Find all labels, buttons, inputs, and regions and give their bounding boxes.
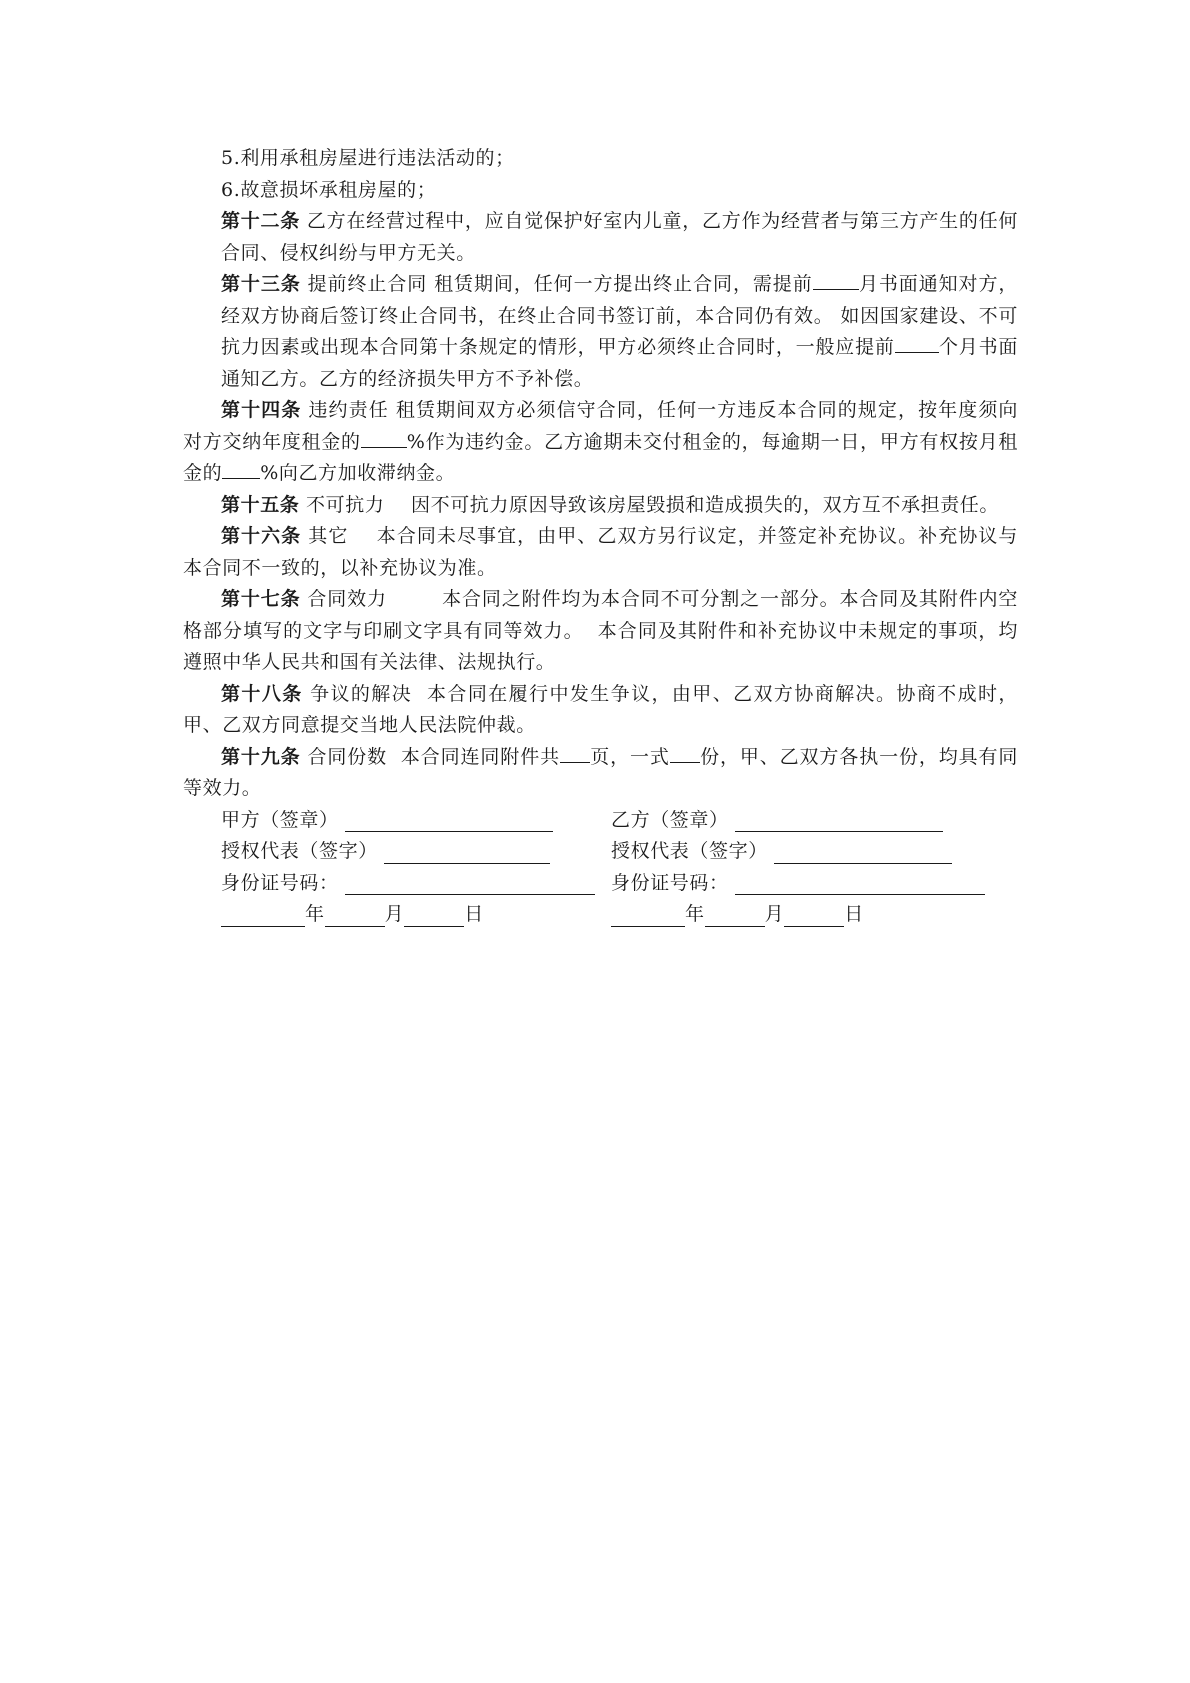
article-text: 乙方在经营过程中，应自觉保护好室内儿童，乙方作为经营者与第三方产生的任何合同、侵… — [221, 210, 1018, 264]
party-a-auth-rep: 授权代表（签字） — [221, 836, 611, 868]
article-title: 第十八条 — [221, 683, 303, 705]
party-b-auth-rep-line[interactable] — [774, 863, 952, 864]
article-title: 第十九条 — [221, 746, 301, 768]
seal-row: 甲方（签章） 乙方（签章） — [183, 805, 1018, 837]
signature-block: 甲方（签章） 乙方（签章） 授权代表（签字） 授权代表（签字） — [183, 805, 1018, 931]
notice-months-blank[interactable] — [813, 271, 859, 290]
article-title: 第十四条 — [221, 399, 301, 421]
article-title: 第十二条 — [221, 210, 300, 232]
party-b-seal-line[interactable] — [735, 831, 943, 832]
party-b-auth-rep: 授权代表（签字） — [611, 836, 1001, 868]
article-14: 第十四条 违约责任 租赁期间双方必须信守合同，任何一方违反本合同的规定，按年度须… — [183, 395, 1018, 490]
article-15: 第十五条 不可抗力 因不可抗力原因导致该房屋毁损和造成损失的，双方互不承担责任。 — [183, 490, 1018, 522]
article-title: 第十五条 — [221, 494, 299, 516]
party-b-id-number-line[interactable] — [735, 894, 985, 895]
late-fee-percent-blank[interactable] — [222, 460, 260, 479]
party-b-date: 年 月 日 — [611, 899, 1001, 931]
article-title: 第十六条 — [221, 525, 301, 547]
article-title: 第十三条 — [221, 273, 301, 295]
party-a-seal: 甲方（签章） — [221, 805, 611, 837]
article-13: 第十三条 提前终止合同 租赁期间，任何一方提出终止合同，需提前月书面通知对方，经… — [183, 269, 1018, 395]
copy-count-blank[interactable] — [670, 744, 700, 763]
article-12: 第十二条 乙方在经营过程中，应自觉保护好室内儿童，乙方作为经营者与第三方产生的任… — [183, 206, 1018, 269]
id-number-row: 身份证号码： 身份证号码： — [183, 868, 1018, 900]
party-b-month-blank[interactable] — [705, 926, 765, 927]
party-a-day-blank[interactable] — [404, 926, 464, 927]
article-16: 第十六条 其它 本合同未尽事宜，由甲、乙双方另行议定，并签定补充协议。补充协议与… — [183, 521, 1018, 584]
list-item-5: 5.利用承租房屋进行违法活动的； — [183, 143, 1018, 175]
party-b-id-number: 身份证号码： — [611, 868, 1001, 900]
date-row: 年 月 日 年 月 日 — [183, 899, 1018, 931]
party-b-seal: 乙方（签章） — [611, 805, 1001, 837]
party-a-auth-rep-line[interactable] — [384, 863, 550, 864]
party-b-year-blank[interactable] — [611, 926, 685, 927]
party-a-seal-line[interactable] — [345, 831, 553, 832]
party-a-date: 年 月 日 — [221, 899, 611, 931]
party-a-id-number-line[interactable] — [345, 894, 595, 895]
party-a-id-number: 身份证号码： — [221, 868, 611, 900]
article-title: 第十七条 — [221, 588, 300, 610]
party-a-month-blank[interactable] — [325, 926, 385, 927]
penalty-percent-blank[interactable] — [361, 429, 407, 448]
article-18: 第十八条 争议的解决 本合同在履行中发生争议，由甲、乙双方协商解决。协商不成时，… — [183, 679, 1018, 742]
page-count-blank[interactable] — [560, 744, 590, 763]
article-19: 第十九条 合同份数 本合同连同附件共页，一式份，甲、乙双方各执一份，均具有同等效… — [183, 742, 1018, 805]
document-page: 5.利用承租房屋进行违法活动的； 6.故意损坏承租房屋的； 第十二条 乙方在经营… — [0, 0, 1190, 1683]
advance-months-blank[interactable] — [895, 334, 939, 353]
auth-rep-row: 授权代表（签字） 授权代表（签字） — [183, 836, 1018, 868]
party-a-year-blank[interactable] — [221, 926, 305, 927]
contract-body: 5.利用承租房屋进行违法活动的； 6.故意损坏承租房屋的； 第十二条 乙方在经营… — [183, 143, 1018, 931]
article-17: 第十七条 合同效力 本合同之附件均为本合同不可分割之一部分。本合同及其附件内空格… — [183, 584, 1018, 679]
party-b-day-blank[interactable] — [784, 926, 844, 927]
list-item-6: 6.故意损坏承租房屋的； — [183, 175, 1018, 207]
